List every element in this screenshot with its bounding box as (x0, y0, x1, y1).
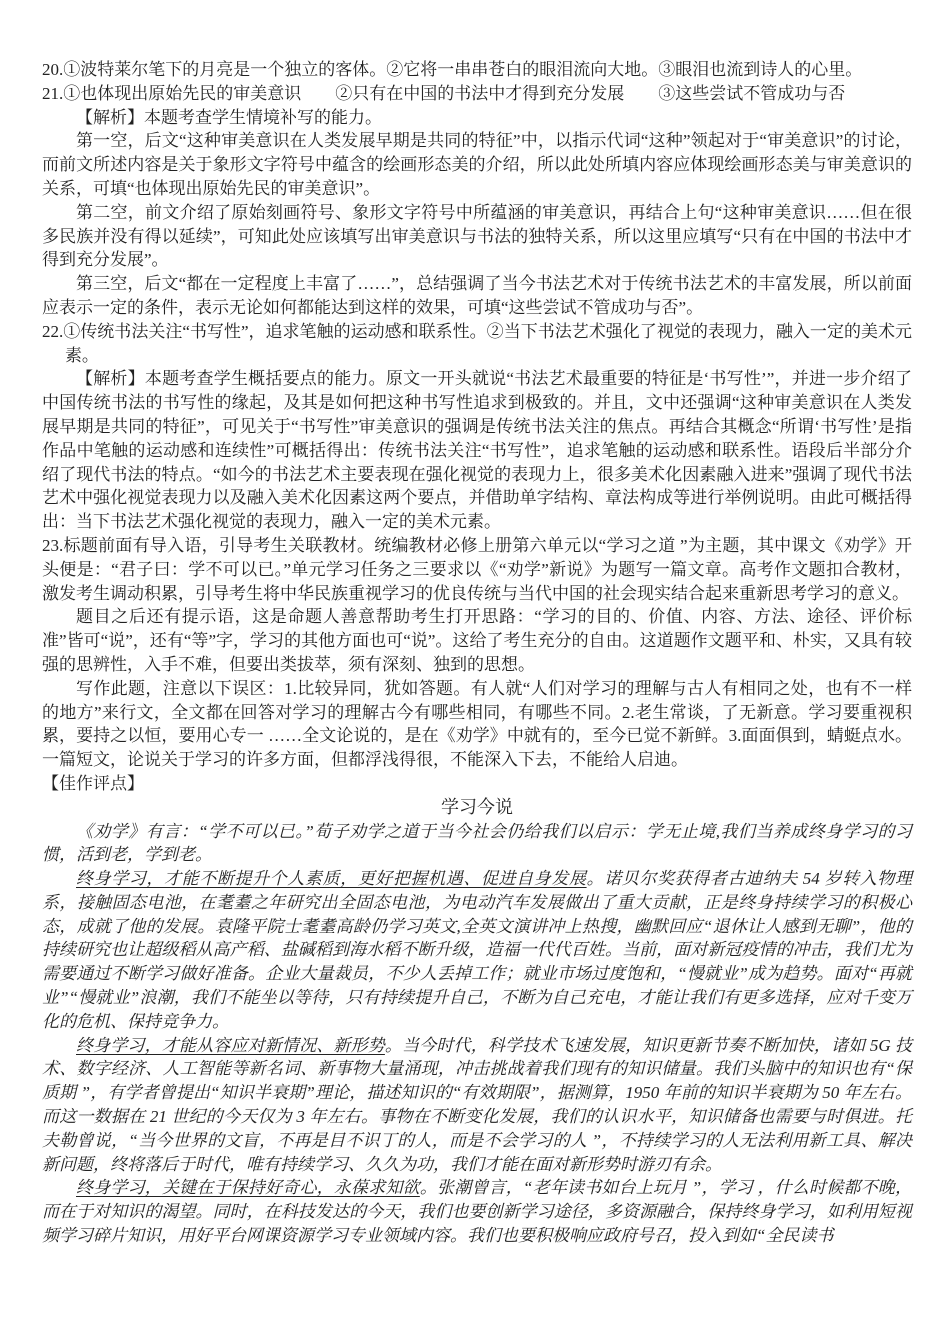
text-run: 写作此题，注意以下误区：1.比较异同，犹如答题。有人就“人们对学习的理解与古人有… (42, 679, 912, 769)
text-run: 【解析】本题考查学生情境补写的能力。 (76, 108, 382, 127)
text-run: 。当今时代，科学技术飞速发展，知识更新节奏不断加快，诸如 5G 技术、数字经济、… (42, 1036, 912, 1174)
underlined-text: 终身学习，关键在于保持好奇心，永葆求知欲 (76, 1178, 420, 1197)
text-run: 第三空，后文“都在一定程度上丰富了……”，总结强调了当今书法艺术对于传统书法艺术… (42, 274, 912, 317)
underlined-text: 终身学习，才能从容应对新情况、新形势 (76, 1036, 385, 1055)
text-run: 【解析】本题考查学生概括要点的能力。原文一开头就说“书法艺术最重要的特征是‘书写… (42, 369, 912, 531)
text-run: 题目之后还有提示语，这是命题人善意帮助考生打开思路：“学习的目的、价值、内容、方… (42, 607, 912, 674)
document-page: 20.①波特莱尔笔下的月亮是一个独立的客体。②它将一串串苍白的眼泪流向大地。③眼… (0, 0, 950, 1344)
underlined-text: 终身学习，才能不断提升个人素质，更好把握机遇、促进自身发展 (76, 869, 587, 888)
answer-item-20: 20.①波特莱尔笔下的月亮是一个独立的客体。②它将一串串苍白的眼泪流向大地。③眼… (42, 58, 912, 82)
analysis-blank-1: 第一空，后文“这种审美意识在人类发展早期是共同的特征”中，以指示代词“这种”领起… (42, 129, 912, 200)
answer-item-22: 22.①传统书法关注“书写性”，追求笔触的运动感和联系性。②当下书法艺术强化了视… (42, 320, 912, 368)
analysis-intro-21: 【解析】本题考查学生情境补写的能力。 (42, 106, 912, 130)
essay-paragraph-1: 《劝学》有言：“学不可以已。”荀子劝学之道于当今社会仍给我们以启示：学无止境,我… (42, 820, 912, 868)
text-run: 第二空，前文介绍了原始刻画符号、象形文字符号中所蕴涵的审美意识，再结合上句“这种… (42, 203, 912, 270)
text-run: 【佳作评点】 (42, 774, 144, 793)
text-run: 21.①也体现出原始先民的审美意识 ②只有在中国的书法中才得到充分发展 ③这些尝… (42, 84, 845, 103)
essay-paragraph-4: 终身学习，关键在于保持好奇心，永葆求知欲。张潮曾言，“老年读书如台上玩月 ”，学… (42, 1176, 912, 1247)
analysis-item-22: 【解析】本题考查学生概括要点的能力。原文一开头就说“书法艺术最重要的特征是‘书写… (42, 367, 912, 534)
document-body: 20.①波特莱尔笔下的月亮是一个独立的客体。②它将一串串苍白的眼泪流向大地。③眼… (42, 58, 912, 1248)
essay-title: 学习今说 (42, 796, 912, 820)
text-run: 22.①传统书法关注“书写性”，追求笔触的运动感和联系性。②当下书法艺术强化了视… (42, 322, 912, 365)
essay-paragraph-3: 终身学习，才能从容应对新情况、新形势。当今时代，科学技术飞速发展，知识更新节奏不… (42, 1034, 912, 1177)
text-run: 。诺贝尔奖获得者古迪纳夫 54 岁转入物理系，接触固态电池，在耄耋之年研究出全固… (42, 869, 912, 1031)
analysis-item-23-hint: 题目之后还有提示语，这是命题人善意帮助考生打开思路：“学习的目的、价值、内容、方… (42, 605, 912, 676)
text-run: 第一空，后文“这种审美意识在人类发展早期是共同的特征”中，以指示代词“这种”领起… (42, 131, 912, 198)
analysis-blank-2: 第二空，前文介绍了原始刻画符号、象形文字符号中所蕴涵的审美意识，再结合上句“这种… (42, 201, 912, 272)
section-label-best-essay: 【佳作评点】 (42, 772, 912, 796)
answer-item-21: 21.①也体现出原始先民的审美意识 ②只有在中国的书法中才得到充分发展 ③这些尝… (42, 82, 912, 106)
answer-item-23: 23.标题前面有导入语，引导考生关联教材。统编教材必修上册第六单元以“学习之道 … (42, 534, 912, 605)
text-run: 学习今说 (441, 797, 513, 817)
essay-paragraph-2: 终身学习，才能不断提升个人素质，更好把握机遇、促进自身发展。诺贝尔奖获得者古迪纳… (42, 867, 912, 1034)
text-run: 《劝学》有言：“学不可以已。”荀子劝学之道于当今社会仍给我们以启示：学无止境,我… (42, 822, 912, 865)
analysis-item-23-pitfalls: 写作此题，注意以下误区：1.比较异同，犹如答题。有人就“人们对学习的理解与古人有… (42, 677, 912, 772)
analysis-blank-3: 第三空，后文“都在一定程度上丰富了……”，总结强调了当今书法艺术对于传统书法艺术… (42, 272, 912, 320)
text-run: 20.①波特莱尔笔下的月亮是一个独立的客体。②它将一串串苍白的眼泪流向大地。③眼… (42, 60, 862, 79)
text-run: 23.标题前面有导入语，引导考生关联教材。统编教材必修上册第六单元以“学习之道 … (42, 536, 912, 603)
